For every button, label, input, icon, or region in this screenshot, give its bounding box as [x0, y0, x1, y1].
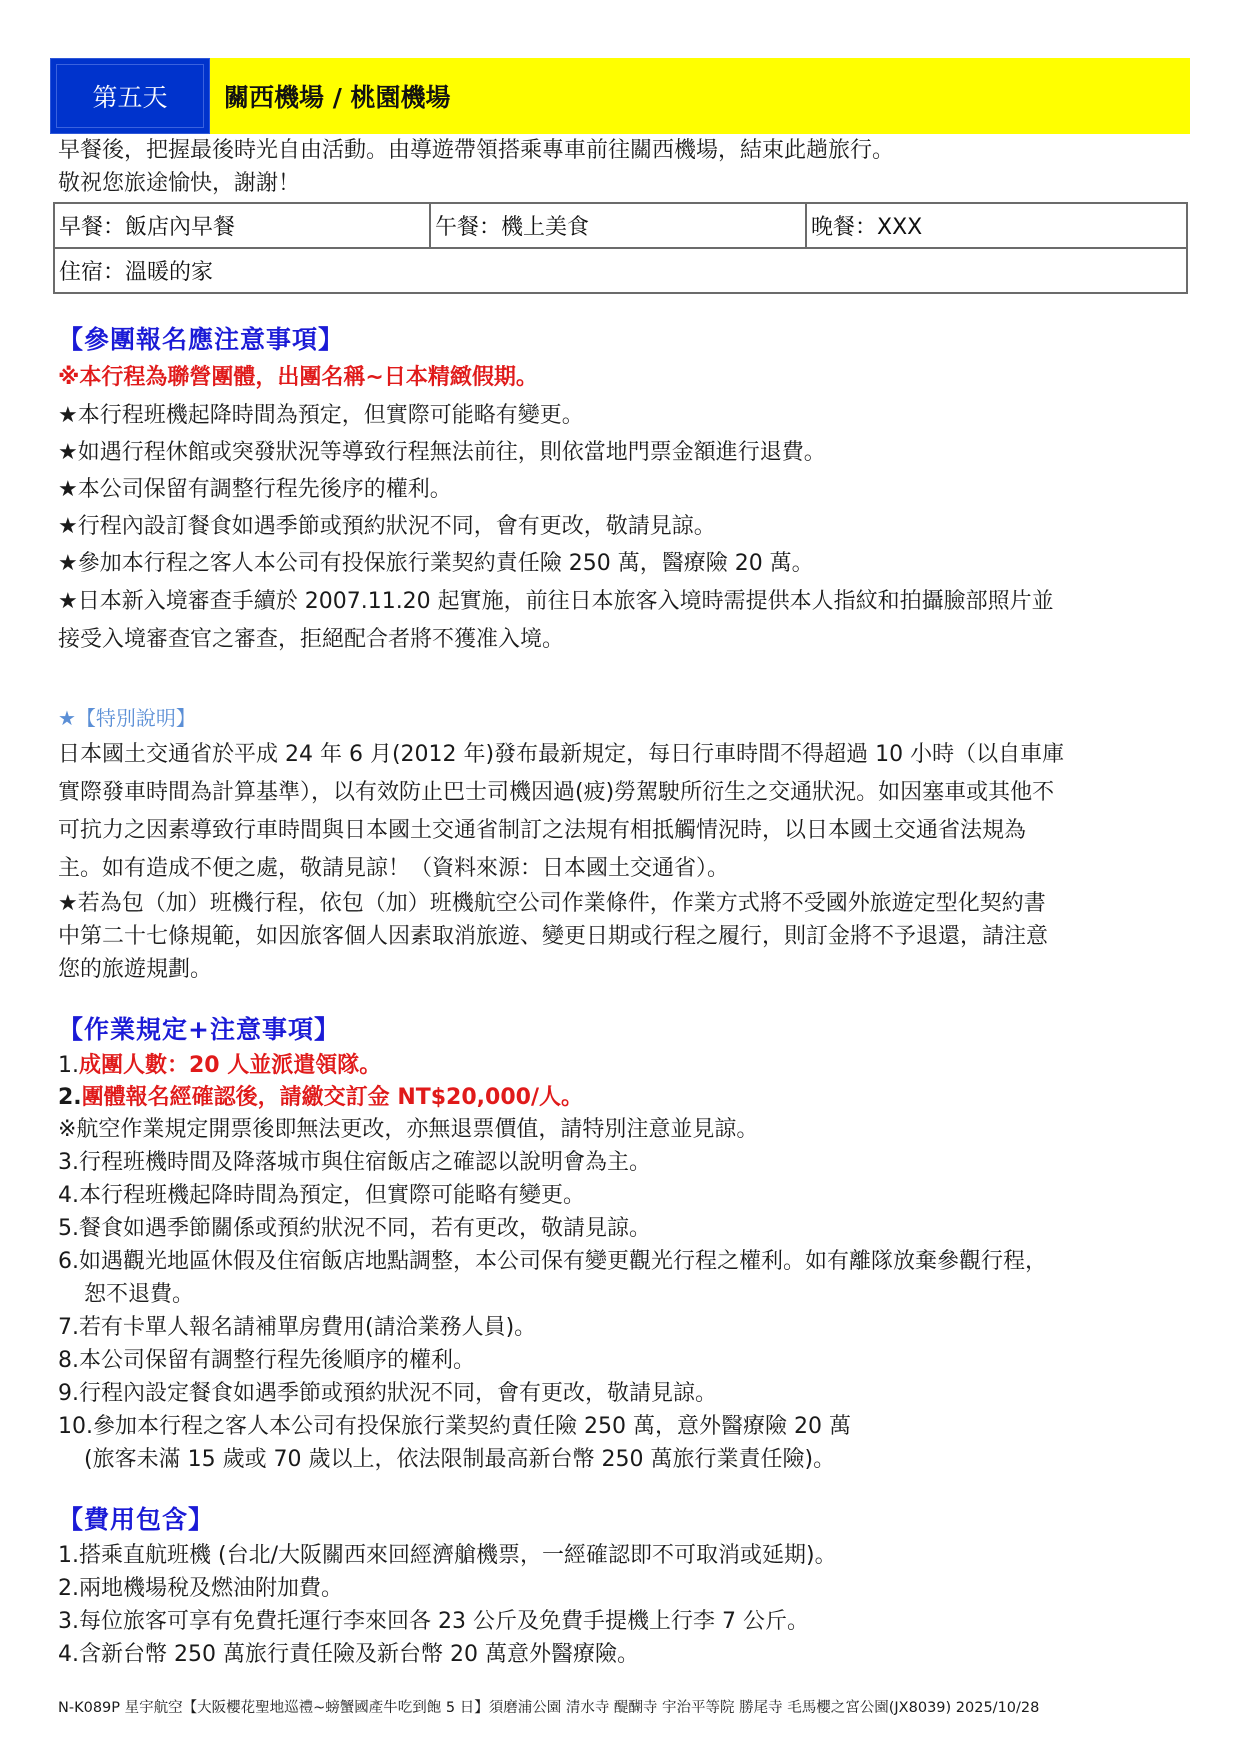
dinner-cell: 晚餐：XXX — [806, 203, 1187, 248]
registration-note-item: ★日本新入境審查手續於 2007.11.20 起實施，前往日本旅客入境時需提供本… — [58, 584, 1054, 615]
operation-rule-item: 10.參加本行程之客人本公司有投保旅行業契約責任險 250 萬，意外醫療險 20… — [58, 1409, 851, 1440]
day-header: 第五天 關西機場 / 桃園機場 — [50, 58, 1190, 134]
registration-notes-title: 【參團報名應注意事項】 — [58, 320, 344, 356]
fee-include-item: 3.每位旅客可享有免費托運行李來回各 23 公斤及免費手提機上行李 7 公斤。 — [58, 1604, 809, 1635]
operation-rule-item: 9.行程內設定餐食如遇季節或預約狀況不同，會有更改，敬請見諒。 — [58, 1376, 717, 1407]
registration-note-item: ★本行程班機起降時間為預定，但實際可能略有變更。 — [58, 398, 584, 429]
operation-rule-item: 6.如遇觀光地區休假及住宿飯店地點調整，本公司保有變更觀光行程之權利。如有離隊放… — [58, 1244, 1047, 1275]
operation-rule-item: ※航空作業規定開票後即無法更改，亦無退票價值，請特別注意並見諒。 — [58, 1112, 758, 1143]
operation-rule-item-1: 1.成團人數：20 人並派遣領隊。 — [58, 1048, 381, 1079]
operation-rule-item: 7.若有卡單人報名請補單房費用(請洽業務人員)。 — [58, 1310, 536, 1341]
lodging-row: 住宿：溫暖的家 — [54, 248, 1187, 293]
day-description-line: 敬祝您旅途愉快，謝謝！ — [58, 167, 300, 200]
rule-text: 團體報名經確認後，請繳交訂金 NT$20,000/人。 — [82, 1085, 583, 1110]
special-note-line: 可抗力之因素導致行車時間與日本國土交通省制訂之法規有相抵觸情況時，以日本國土交通… — [58, 813, 1026, 844]
fee-include-item: 2.兩地機場稅及燃油附加費。 — [58, 1571, 343, 1602]
special-notes-title: ★【特別說明】 — [58, 702, 196, 731]
registration-note-item: 接受入境審查官之審查，拒絕配合者將不獲准入境。 — [58, 622, 564, 653]
registration-note-item: ★如遇行程休館或突發狀況等導致行程無法前往，則依當地門票金額進行退費。 — [58, 435, 826, 466]
meals-table: 早餐：飯店內早餐 午餐：機上美食 晚餐：XXX 住宿：溫暖的家 — [53, 202, 1188, 294]
itinerary-page: 第五天 關西機場 / 桃園機場 早餐後，把握最後時光自由活動。由導遊帶領搭乘專車… — [0, 0, 1241, 1755]
operation-rules-title: 【作業規定+注意事項】 — [58, 1010, 340, 1046]
lodging-cell: 住宿：溫暖的家 — [54, 248, 1187, 293]
rule-number: 2. — [58, 1085, 82, 1110]
page-footer: N-K089P 星宇航空【大阪櫻花聖地巡禮~螃蟹國產牛吃到飽 5 日】須磨浦公園… — [58, 1696, 1039, 1717]
fee-include-item: 4.含新台幣 250 萬旅行責任險及新台幣 20 萬意外醫療險。 — [58, 1637, 639, 1668]
rule-number: 1. — [58, 1053, 79, 1078]
fee-include-item: 1.搭乘直航班機 (台北/大阪關西來回經濟艙機票，一經確認即不可取消或延期)。 — [58, 1538, 837, 1569]
day-description-line: 早餐後，把握最後時光自由活動。由導遊帶領搭乘專車前往關西機場，結束此趟旅行。 — [58, 134, 894, 167]
meals-row: 早餐：飯店內早餐 午餐：機上美食 晚餐：XXX — [54, 203, 1187, 248]
special-note-line: 您的旅遊規劃。 — [58, 952, 212, 983]
operation-rule-item: 3.行程班機時間及降落城市與住宿飯店之確認以說明會為主。 — [58, 1145, 651, 1176]
special-note-line: 實際發車時間為計算基準），以有效防止巴士司機因過(疲)勞駕駛所衍生之交通狀況。如… — [58, 775, 1054, 806]
registration-note-item: ★參加本行程之客人本公司有投保旅行業契約責任險 250 萬，醫療險 20 萬。 — [58, 546, 814, 577]
operation-rule-item: 4.本行程班機起降時間為預定，但實際可能略有變更。 — [58, 1178, 585, 1209]
breakfast-cell: 早餐：飯店內早餐 — [54, 203, 430, 248]
registration-highlight: ※本行程為聯營團體，出團名稱~日本精緻假期。 — [58, 360, 538, 391]
operation-rule-item-2: 2.團體報名經確認後，請繳交訂金 NT$20,000/人。 — [58, 1080, 583, 1111]
route-title: 關西機場 / 桃園機場 — [210, 58, 1190, 134]
registration-note-item: ★本公司保留有調整行程先後序的權利。 — [58, 472, 452, 503]
special-note-line: 主。如有造成不便之處，敬請見諒！（資料來源：日本國土交通省）。 — [58, 851, 729, 882]
operation-rule-item-continued: (旅客未滿 15 歲或 70 歲以上，依法限制最高新台幣 250 萬旅行業責任險… — [84, 1442, 835, 1473]
day-label: 第五天 — [50, 58, 210, 134]
rule-text: 成團人數：20 人並派遣領隊。 — [79, 1053, 381, 1078]
operation-rule-item: 5.餐食如遇季節關係或預約狀況不同，若有更改，敬請見諒。 — [58, 1211, 651, 1242]
fee-includes-title: 【費用包含】 — [58, 1500, 214, 1536]
special-note-line: 中第二十七條規範，如因旅客個人因素取消旅遊、變更日期或行程之履行，則訂金將不予退… — [58, 919, 1048, 950]
operation-rule-item: 8.本公司保留有調整行程先後順序的權利。 — [58, 1343, 475, 1374]
lunch-cell: 午餐：機上美食 — [430, 203, 806, 248]
special-note-line: 日本國土交通省於平成 24 年 6 月(2012 年)發布最新規定，每日行車時間… — [58, 737, 1064, 768]
operation-rule-item-continued: 恕不退費。 — [84, 1277, 194, 1308]
registration-note-item: ★行程內設訂餐食如遇季節或預約狀況不同，會有更改，敬請見諒。 — [58, 509, 716, 540]
special-note-line: ★若為包（加）班機行程，依包（加）班機航空公司作業條件，作業方式將不受國外旅遊定… — [58, 886, 1046, 917]
